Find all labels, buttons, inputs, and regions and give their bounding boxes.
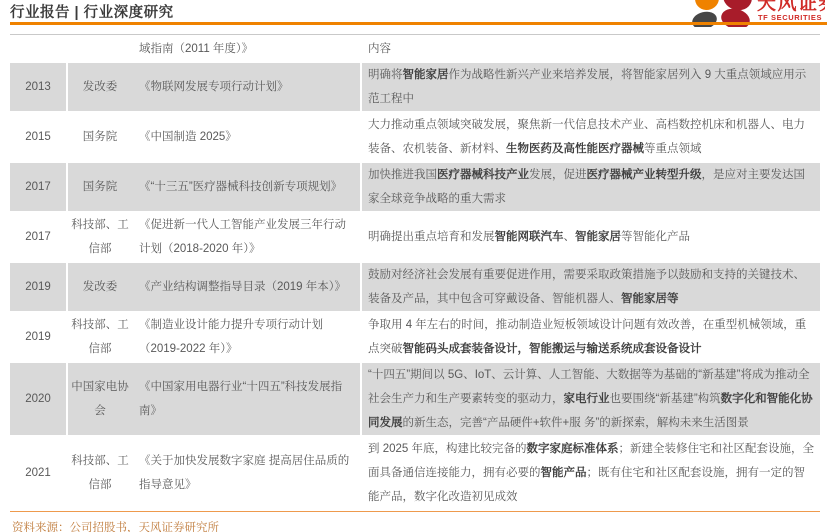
header-rule — [10, 22, 827, 25]
cell-year: 2017 — [10, 163, 66, 211]
content-segment: 等重点领域 — [644, 143, 702, 155]
cell-agency: 发改委 — [68, 263, 132, 311]
content-bold-segment: 智能家居 — [403, 69, 449, 81]
cell-content: 明确将智能家居作为战略性新兴产业来培养发展，将智能家居列入 9 大重点领域应用示… — [362, 63, 820, 111]
content-segment: 等智能化产品 — [621, 231, 690, 243]
agency-text: 国务院 — [83, 175, 118, 199]
cell-content: 到 2025 年底，构建比较完备的数字家庭标准体系；新建全装修住宅和社区配套设施… — [362, 437, 820, 509]
cell-year: 2015 — [10, 113, 66, 161]
content-segment: 明确将 — [368, 69, 403, 81]
content-segment: 也要围绕“新基建”构筑 — [610, 393, 721, 405]
cell-doc: 《产业结构调整指导目录（2019 年本）》 — [132, 263, 360, 311]
cell-doc: 《中国制造 2025》 — [132, 113, 360, 161]
content-text: 内容 — [368, 37, 391, 61]
content-text: 大力推动重点领域突破发展，聚焦新一代信息技术产业、高档数控机床和机器人、电力装备… — [368, 113, 814, 161]
cell-year: 2019 — [10, 313, 66, 361]
cell-content: 大力推动重点领域突破发展，聚焦新一代信息技术产业、高档数控机床和机器人、电力装备… — [362, 113, 820, 161]
footer-rule — [10, 511, 820, 512]
cell-doc: 域指南（2011 年度）》 — [132, 37, 360, 61]
policy-table: 域指南（2011 年度）》 内容 2013 发改委 《物联网发展专项行动计划》 … — [10, 34, 820, 509]
cell-doc: 《制造业设计能力提升专项行动计划（2019-2022 年）》 — [132, 313, 360, 361]
year-text: 2019 — [25, 325, 51, 349]
year-text: 2019 — [25, 275, 51, 299]
content-bold-segment: 智能网联汽车 — [495, 231, 564, 243]
cell-agency: 科技部、工信部 — [68, 213, 132, 261]
doc-title-text: 《产业结构调整指导目录（2019 年本）》 — [139, 275, 346, 299]
cell-content: 争取用 4 年左右的时间，推动制造业短板领域设计问题有效改善，在重型机械领域，重… — [362, 313, 820, 361]
year-text: 2015 — [25, 125, 51, 149]
cell-content: “十四五”期间以 5G、IoT、云计算、人工智能、大数据等为基础的“新基建”将成… — [362, 363, 820, 435]
agency-text: 发改委 — [83, 75, 118, 99]
cell-content: 内容 — [362, 37, 820, 61]
year-text: 2017 — [25, 175, 51, 199]
content-segment: 的新生态，完善“产品硬件+软件+服 务”的新探索，解构未来生活图景 — [403, 417, 749, 429]
year-text: 2013 — [25, 75, 51, 99]
doc-title-text: 域指南（2011 年度）》 — [139, 37, 253, 61]
year-text: 2017 — [25, 225, 51, 249]
cell-year: 2020 — [10, 363, 66, 435]
table-row: 2021 科技部、工信部 《关于加快发展数字家庭 提高居住品质的指导意见》 到 … — [10, 437, 820, 509]
doc-title-text: 《制造业设计能力提升专项行动计划（2019-2022 年）》 — [139, 313, 356, 361]
content-bold-segment: 医疗器械产业转型升级 — [587, 169, 702, 181]
content-segment: 发展，促进 — [529, 169, 587, 181]
content-text: 鼓励对经济社会发展有重要促进作用，需要采取政策措施予以鼓励和支持的关键技术、装备… — [368, 263, 814, 311]
content-segment: 到 2025 年底，构建比较完备的 — [368, 443, 526, 455]
content-bold-segment: 数字家庭标准体系 — [526, 443, 618, 455]
content-segment: 、 — [564, 231, 576, 243]
content-bold-segment: 医疗器械科技产业 — [437, 169, 529, 181]
cell-content: 加快推进我国医疗器械科技产业发展，促进医疗器械产业转型升级，是应对主要发达国家全… — [362, 163, 820, 211]
cell-doc: 《促进新一代人工智能产业发展三年行动计划（2018-2020 年）》 — [132, 213, 360, 261]
table-row: 2017 科技部、工信部 《促进新一代人工智能产业发展三年行动计划（2018-2… — [10, 213, 820, 261]
content-bold-segment: 生物医药及高性能医疗器械 — [506, 143, 644, 155]
content-bold-segment: 家电行业 — [564, 393, 610, 405]
doc-title-text: 《“十三五”医疗器械科技创新专项规划》 — [139, 175, 342, 199]
table-row: 2013 发改委 《物联网发展专项行动计划》 明确将智能家居作为战略性新兴产业来… — [10, 63, 820, 111]
content-segment: 内容 — [368, 43, 391, 55]
agency-text: 发改委 — [83, 275, 118, 299]
table-row: 2019 发改委 《产业结构调整指导目录（2019 年本）》 鼓励对经济社会发展… — [10, 263, 820, 311]
cell-year: 2019 — [10, 263, 66, 311]
cell-agency: 发改委 — [68, 63, 132, 111]
content-segment: 鼓励对经济社会发展有重要促进作用，需要采取政策措施予以鼓励和支持的关键技术、装备… — [368, 269, 805, 305]
content-text: 到 2025 年底，构建比较完备的数字家庭标准体系；新建全装修住宅和社区配套设施… — [368, 437, 814, 509]
content-bold-segment: 智能家居等 — [621, 293, 679, 305]
cell-agency — [68, 37, 132, 61]
cell-agency: 国务院 — [68, 163, 132, 211]
content-bold-segment: 智能家居 — [575, 231, 621, 243]
agency-text: 科技部、工信部 — [68, 449, 132, 497]
cell-year — [10, 37, 66, 61]
doc-title-text: 《关于加快发展数字家庭 提高居住品质的指导意见》 — [139, 449, 356, 497]
content-bold-segment: 智能产品 — [541, 467, 587, 479]
doc-title-text: 《中国制造 2025》 — [139, 125, 237, 149]
cell-doc: 《中国家用电器行业“十四五”科技发展指南》 — [132, 363, 360, 435]
cell-agency: 中国家电协会 — [68, 363, 132, 435]
logo-brand-en: TF SECURITIES — [758, 13, 822, 22]
content-segment: 加快推进我国 — [368, 169, 437, 181]
content-text: 明确提出重点培育和发展智能网联汽车、智能家居等智能化产品 — [368, 225, 690, 249]
cell-agency: 国务院 — [68, 113, 132, 161]
agency-text: 科技部、工信部 — [68, 213, 132, 261]
cell-year: 2021 — [10, 437, 66, 509]
table-row: 2015 国务院 《中国制造 2025》 大力推动重点领域突破发展，聚焦新一代信… — [10, 113, 820, 161]
page-header: 行业报告 | 行业深度研究 天风证券 TF SECURITIES — [0, 0, 827, 34]
cell-year: 2013 — [10, 63, 66, 111]
year-text: 2020 — [25, 387, 51, 411]
source-note: 资料来源：公司招股书，天风证券研究所 — [12, 519, 827, 532]
table-row: 域指南（2011 年度）》 内容 — [10, 37, 820, 61]
table-row: 2019 科技部、工信部 《制造业设计能力提升专项行动计划（2019-2022 … — [10, 313, 820, 361]
report-title: 行业报告 | 行业深度研究 — [10, 1, 174, 22]
cell-doc: 《物联网发展专项行动计划》 — [132, 63, 360, 111]
table-row: 2020 中国家电协会 《中国家用电器行业“十四五”科技发展指南》 “十四五”期… — [10, 363, 820, 435]
agency-text: 中国家电协会 — [68, 375, 132, 423]
year-text: 2021 — [25, 461, 51, 485]
cell-doc: 《“十三五”医疗器械科技创新专项规划》 — [132, 163, 360, 211]
agency-text: 国务院 — [83, 125, 118, 149]
cell-agency: 科技部、工信部 — [68, 437, 132, 509]
cell-content: 明确提出重点培育和发展智能网联汽车、智能家居等智能化产品 — [362, 213, 820, 261]
doc-title-text: 《中国家用电器行业“十四五”科技发展指南》 — [139, 375, 356, 423]
doc-title-text: 《促进新一代人工智能产业发展三年行动计划（2018-2020 年）》 — [139, 213, 356, 261]
cell-doc: 《关于加快发展数字家庭 提高居住品质的指导意见》 — [132, 437, 360, 509]
content-segment: 明确提出重点培育和发展 — [368, 231, 495, 243]
cell-agency: 科技部、工信部 — [68, 313, 132, 361]
cell-content: 鼓励对经济社会发展有重要促进作用，需要采取政策措施予以鼓励和支持的关键技术、装备… — [362, 263, 820, 311]
table-row: 2017 国务院 《“十三五”医疗器械科技创新专项规划》 加快推进我国医疗器械科… — [10, 163, 820, 211]
content-text: 明确将智能家居作为战略性新兴产业来培养发展，将智能家居列入 9 大重点领域应用示… — [368, 63, 814, 111]
agency-text: 科技部、工信部 — [68, 313, 132, 361]
content-text: 加快推进我国医疗器械科技产业发展，促进医疗器械产业转型升级，是应对主要发达国家全… — [368, 163, 814, 211]
cell-year: 2017 — [10, 213, 66, 261]
content-text: “十四五”期间以 5G、IoT、云计算、人工智能、大数据等为基础的“新基建”将成… — [368, 363, 814, 435]
content-text: 争取用 4 年左右的时间，推动制造业短板领域设计问题有效改善，在重型机械领域，重… — [368, 313, 814, 361]
doc-title-text: 《物联网发展专项行动计划》 — [139, 75, 289, 99]
content-bold-segment: 智能码头成套装备设计，智能搬运与输送系统成套设备设计 — [403, 343, 702, 355]
